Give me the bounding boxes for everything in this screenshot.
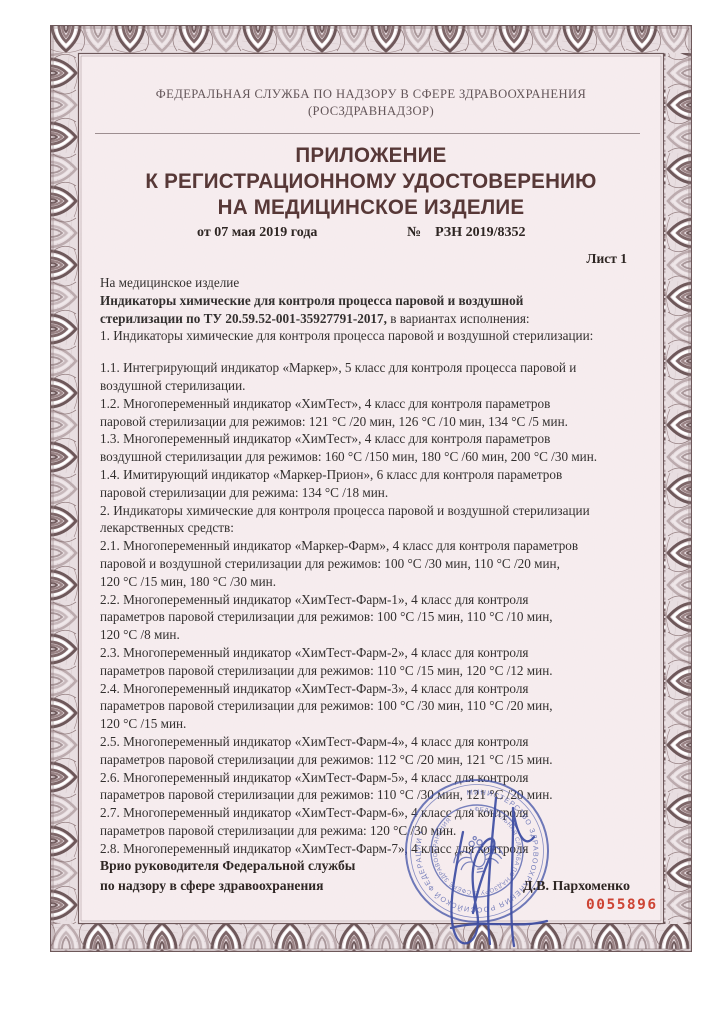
issuing-authority-header: ФЕДЕРАЛЬНАЯ СЛУЖБА ПО НАДЗОРУ В СФЕРЕ ЗД…: [78, 53, 664, 120]
date-and-number-row: от 07 мая 2019 года №РЗН 2019/8352: [78, 225, 664, 245]
body-paragraph: 1. Индикаторы химические для контроля пр…: [100, 327, 660, 345]
position-line-2: по надзору в сфере здравоохранения: [100, 876, 355, 896]
title-line-3: НА МЕДИЦИНСКОЕ ИЗДЕЛИЕ: [84, 195, 658, 221]
body-paragraph: 2.4. Многопеременный индикатор «ХимТест-…: [100, 680, 660, 733]
body-paragraph: 2.7. Многопеременный индикатор «ХимТест-…: [100, 804, 660, 840]
body-paragraph: 2.2. Многопеременный индикатор «ХимТест-…: [100, 591, 660, 644]
authority-short-name: (РОСЗДРАВНАДЗОР): [78, 103, 664, 120]
sheet-number: Лист 1: [78, 251, 664, 267]
title-line-1: ПРИЛОЖЕНИЕ: [84, 143, 658, 169]
product-name-tail: в вариантах исполнения:: [387, 311, 530, 326]
title-line-2: К РЕГИСТРАЦИОННОМУ УДОСТОВЕРЕНИЮ: [84, 169, 658, 195]
body-paragraph: 1.1. Интегрирующий индикатор «Маркер», 5…: [100, 359, 660, 395]
body-paragraph: 1.4. Имитирующий индикатор «Маркер-Прион…: [100, 466, 660, 502]
number-value: РЗН 2019/8352: [435, 225, 525, 240]
body-text: На медицинское изделие Индикаторы химиче…: [100, 274, 660, 858]
signer-name: Д.В. Пархоменко: [523, 879, 630, 895]
certificate-sheet: ФЕДЕРАЛЬНАЯ СЛУЖБА ПО НАДЗОРУ В СФЕРЕ ЗД…: [50, 25, 692, 952]
signatory-position: Врио руководителя Федеральной службы по …: [100, 856, 355, 896]
body-paragraph: 2. Индикаторы химические для контроля пр…: [100, 502, 660, 538]
body-paragraph: 2.1. Многопеременный индикатор «Маркер-Ф…: [100, 537, 660, 590]
position-line-1: Врио руководителя Федеральной службы: [100, 856, 355, 876]
registration-number: №РЗН 2019/8352: [407, 225, 525, 241]
body-paragraph: 1.3. Многопеременный индикатор «ХимТест»…: [100, 430, 660, 466]
number-sign: №: [407, 225, 421, 240]
handwritten-signature: [433, 780, 563, 952]
serial-number: 0055896: [586, 897, 658, 913]
product-name-paragraph: Индикаторы химические для контроля проце…: [100, 292, 660, 328]
scanned-certificate-page: { "document_kind": "registration-certifi…: [0, 0, 724, 1024]
document-title: ПРИЛОЖЕНИЕ К РЕГИСТРАЦИОННОМУ УДОСТОВЕРЕ…: [84, 143, 658, 221]
body-paragraph: 2.5. Многопеременный индикатор «ХимТест-…: [100, 733, 660, 769]
document-content: ФЕДЕРАЛЬНАЯ СЛУЖБА ПО НАДЗОРУ В СФЕРЕ ЗД…: [78, 53, 664, 924]
variant-paragraph-list: 1. Индикаторы химические для контроля пр…: [100, 327, 660, 857]
body-paragraph: 2.3. Многопеременный индикатор «ХимТест-…: [100, 644, 660, 680]
header-divider: [95, 133, 640, 134]
authority-name: ФЕДЕРАЛЬНАЯ СЛУЖБА ПО НАДЗОРУ В СФЕРЕ ЗД…: [78, 86, 664, 103]
issue-date: от 07 мая 2019 года: [197, 225, 317, 241]
body-paragraph: 1.2. Многопеременный индикатор «ХимТест»…: [100, 395, 660, 431]
intro-line: На медицинское изделие: [100, 274, 660, 292]
body-paragraph: 2.8. Многопеременный индикатор «ХимТест-…: [100, 840, 660, 858]
body-paragraph: 2.6. Многопеременный индикатор «ХимТест-…: [100, 769, 660, 805]
